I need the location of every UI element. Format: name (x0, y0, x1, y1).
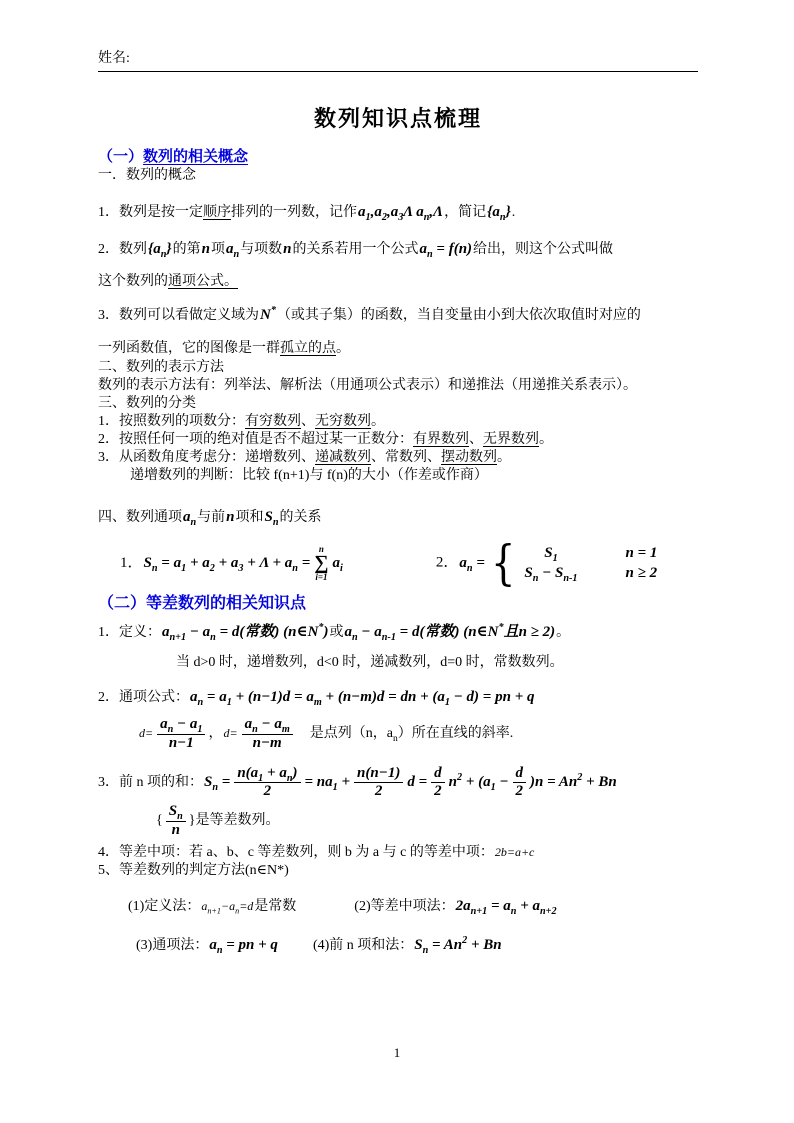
math-run: n (201, 241, 211, 257)
text-run: 项 (211, 242, 225, 257)
math-run: n2 + (a1 − (448, 774, 510, 790)
text-run: 。 (497, 450, 511, 465)
text-run: 1．数列是按一定 (98, 205, 203, 220)
fraction-numerator: n(a1 + an) (234, 765, 300, 783)
text-run: 与前 (197, 510, 225, 525)
text-run: 或 (330, 625, 344, 640)
fraction-numerator: an − a1 (157, 716, 205, 734)
fraction-denominator: n−1 (167, 735, 196, 752)
text-run: 3．从函数角度考虑分：递增数列、 (98, 450, 315, 465)
math-run: a1,a2,a3Λ an,Λ (357, 204, 444, 220)
text-run: (1)定义法： (128, 899, 200, 914)
text-run: 1． (120, 555, 143, 571)
fraction: n(n−1)2 (354, 765, 403, 801)
sub-heading-concept: 一．数列的概念 (98, 167, 698, 185)
fraction-numerator: d (431, 765, 445, 783)
cases-grid: S1n = 1Sn − Sn-1n ≥ 2 (524, 545, 657, 582)
underlined-text: 无界数列 (483, 432, 539, 447)
text-run: 2．数列 (98, 242, 147, 257)
underlined-text: 无穷数列 (315, 414, 371, 429)
underlined-text: 通项公式。 (168, 274, 238, 289)
fraction-numerator: an − am (242, 716, 293, 734)
para-function-view-line2: 一列函数值，它的图像是一群孤立的点。 (98, 339, 698, 359)
math-run: an = (458, 555, 485, 571)
math-run: {an} (147, 241, 173, 257)
piecewise-formula: 2．an ={S1n = 1Sn − Sn-1n ≥ 2 (436, 544, 658, 582)
text-run: 是常数 (254, 899, 296, 914)
text-run: 1．定义： (98, 625, 161, 640)
case-expression: Sn − Sn-1 (524, 565, 577, 582)
para-judge-row-2: (3)通项法：an = pn + q(4)前 n 项和法：Sn = An2 + … (98, 934, 698, 957)
text-run: 这个数列的 (98, 274, 168, 289)
text-run: 的第 (173, 242, 201, 257)
section-1-heading: （一）数列的相关概念 (98, 148, 698, 165)
text-run: 3．前 n 项的和： (98, 775, 203, 790)
math-run: ai (332, 555, 344, 571)
document-page: 姓名: 数列知识点梳理 （一）数列的相关概念 一．数列的概念 1．数列是按一定顺… (0, 0, 794, 1123)
heading-classification: 三、数列的分类 (98, 395, 698, 413)
sigma-lower-limit: i=1 (315, 573, 327, 582)
text-run: 。 (556, 625, 570, 640)
text-run: 给出，则这个公式叫做 (473, 242, 613, 257)
text-run: }是等差数列。 (189, 813, 280, 828)
sum-and-cases-row: 1．Sn = a1 + a2 + a3 + Λ + an =n∑i=1ai 2．… (98, 544, 698, 582)
underlined-text: 有穷数列 (245, 414, 301, 429)
text-run: 的关系 (280, 510, 322, 525)
math-run: {an} (486, 204, 512, 220)
math-run: N* (259, 307, 277, 323)
case-expression: S1 (524, 545, 577, 562)
para-class-by-monotonic: 3．从函数角度考虑分：递增数列、递减数列、常数列、摆动数列。 (98, 449, 698, 467)
para-representation: 数列的表示方法有：列举法、解析法（用通项公式表示）和递推法（用递推关系表示）。 (98, 377, 698, 395)
fraction-denominator: n (170, 822, 182, 839)
case-condition: n ≥ 2 (626, 565, 658, 582)
text-run: 的关系若用一个公式 (293, 242, 419, 257)
name-fill-in-line[interactable]: 姓名: (98, 50, 698, 72)
fraction: d2 (431, 765, 445, 801)
math-run: an+1 − an = d(常数) (n∈N*) (161, 624, 330, 640)
para-arith-definition: 1．定义：an+1 − an = d(常数) (n∈N*)或an − an-1 … (98, 621, 698, 644)
horizontal-gap (279, 948, 313, 949)
text-run: 3．数列可以看做定义域为 (98, 308, 259, 323)
text-run: 2．按照任何一项的绝对值是否不超过某一正数分： (98, 432, 413, 447)
piecewise-cases: {S1n = 1Sn − Sn-1n ≥ 2 (488, 544, 658, 582)
para-arith-sum: 3．前 n 项的和：Sn =n(a1 + an)2= na1 +n(n−1)2d… (98, 765, 698, 801)
math-run: )n = An2 + Bn (529, 774, 618, 790)
fraction: d2 (513, 765, 527, 801)
text-run: 。 (371, 414, 385, 429)
text-run: ，简记 (444, 205, 486, 220)
text-run: 是点列（n，an）所在直线的斜率. (296, 726, 513, 741)
fraction-denominator: 2 (262, 783, 274, 800)
math-small-run: an+1−an=d (200, 899, 254, 913)
fraction-denominator: n−m (251, 735, 284, 752)
name-label: 姓名: (98, 51, 130, 66)
math-run: = na1 + (304, 774, 352, 790)
para-arith-sn-note: {Snn}是等差数列。 (98, 803, 698, 839)
text-run: ， (208, 726, 222, 741)
fraction-denominator: 2 (514, 783, 526, 800)
fraction-denominator: 2 (373, 783, 385, 800)
math-run: Sn (264, 509, 280, 525)
fraction: Snn (166, 803, 186, 839)
para-class-by-terms: 1．按照数列的项数分：有穷数列、无穷数列。 (98, 413, 698, 431)
math-small-run: 2b=a+c (494, 845, 536, 859)
fraction-numerator: Sn (166, 803, 186, 821)
math-small-run: d= (222, 726, 238, 740)
math-run: Sn = a1 + a2 + a3 + Λ + an = (143, 555, 312, 571)
math-run: Sn = (203, 774, 231, 790)
heading-representation: 二、数列的表示方法 (98, 359, 698, 377)
text-run: 。 (539, 432, 553, 447)
text-run: 四、数列通项 (98, 510, 182, 525)
summation-sigma: n∑i=1 (314, 545, 328, 582)
text-run: (2)等差中项法： (354, 899, 454, 914)
text-run: 。 (336, 341, 350, 356)
text-run: 、 (469, 432, 483, 447)
case-condition: n = 1 (626, 545, 658, 562)
sum-formula: 1．Sn = a1 + a2 + a3 + Λ + an =n∑i=1ai (120, 545, 344, 582)
para-function-view-line1: 3．数列可以看做定义域为N*（或其子集）的函数，当自变量由小到大依次取值时对应的 (98, 305, 698, 326)
para-general-term-line2: 这个数列的通项公式。 (98, 272, 698, 292)
para-monotonic-judgement: 递增数列的判断：比较 f(n+1)与 f(n)的大小（作差或作商） (98, 467, 698, 485)
left-brace-icon: { (491, 544, 515, 582)
document-title: 数列知识点梳理 (98, 102, 698, 133)
math-small-run: d= (138, 726, 154, 740)
math-run: n (225, 509, 235, 525)
para-arith-general-term: 2．通项公式：an = a1 + (n−1)d = am + (n−m)d = … (98, 686, 698, 709)
math-run: d = (406, 774, 428, 790)
fraction-numerator: n(n−1) (354, 765, 403, 783)
text-run: 2． (436, 555, 459, 571)
math-run: an = a1 + (n−1)d = am + (n−m)d = dn + (a… (189, 689, 536, 705)
fraction-numerator: d (513, 765, 527, 783)
math-run: n (282, 241, 292, 257)
fraction-denominator: 2 (432, 783, 444, 800)
text-run: . (512, 205, 516, 220)
underlined-text: 孤立的点 (280, 341, 336, 356)
section-1-heading-text: 数列的相关概念 (143, 148, 248, 165)
page-number: 1 (0, 1045, 794, 1061)
text-run: 排列的一列数，记作 (231, 205, 357, 220)
para-judge-row-1: (1)定义法：an+1−an=d是常数(2)等差中项法：2an+1 = an +… (98, 895, 698, 918)
document-content: 姓名: 数列知识点梳理 （一）数列的相关概念 一．数列的概念 1．数列是按一定顺… (0, 0, 794, 957)
fraction: an − a1n−1 (157, 716, 205, 752)
para-arith-middle-term: 4．等差中项：若 a、b、c 等差数列，则 b 为 a 与 c 的等差中项：2b… (98, 843, 698, 862)
text-run: 与项数 (240, 242, 282, 257)
section-2-heading: （二）等差数列的相关知识点 (98, 595, 698, 612)
text-run: 一列函数值，它的图像是一群 (98, 341, 280, 356)
para-arith-slope: d=an − a1n−1，d=an − amn−m 是点列（n，an）所在直线的… (98, 716, 698, 752)
math-run: an (182, 509, 197, 525)
text-run: 2．通项公式： (98, 690, 189, 705)
math-run: an = f(n) (419, 241, 474, 257)
text-run: （或其子集）的函数，当自变量由小到大依次取值时对应的 (277, 308, 641, 323)
math-run: 2an+1 = an + an+2 (455, 898, 558, 914)
fraction: n(a1 + an)2 (234, 765, 300, 801)
heading-sn-relation: 四、数列通项an与前n项和Sn的关系 (98, 507, 698, 528)
para-sequence-definition: 1．数列是按一定顺序排列的一列数，记作a1,a2,a3Λ an,Λ，简记{an}… (98, 202, 698, 223)
text-run: 、 (301, 414, 315, 429)
math-run: Sn = An2 + Bn (413, 937, 502, 953)
text-run: (4)前 n 项和法： (313, 938, 413, 953)
para-arith-d-note: 当 d>0 时，递增数列，d<0 时，递减数列，d=0 时，常数数列。 (98, 654, 698, 672)
fraction: an − amn−m (242, 716, 293, 752)
sigma-symbol: ∑ (314, 554, 328, 573)
para-class-by-bound: 2．按照任何一项的绝对值是否不超过某一正数分：有界数列、无界数列。 (98, 431, 698, 449)
math-run: an (225, 241, 240, 257)
horizontal-gap (296, 909, 354, 910)
underlined-text: 递减数列 (315, 450, 371, 465)
underlined-text: 有界数列 (413, 432, 469, 447)
section-1-heading-prefix: （一） (98, 148, 143, 165)
text-run: 、常数列、 (371, 450, 441, 465)
text-run: 项和 (236, 510, 264, 525)
heading-arith-judge: 5、等差数列的判定方法(n∈N*) (98, 862, 698, 880)
text-run: 1．按照数列的项数分： (98, 414, 245, 429)
text-run: (3)通项法： (136, 938, 208, 953)
math-run: an = pn + q (208, 937, 279, 953)
underlined-text: 摆动数列 (441, 450, 497, 465)
text-run: 4．等差中项：若 a、b、c 等差数列，则 b 为 a 与 c 的等差中项： (98, 845, 494, 860)
math-run: an − an-1 = d(常数) (n∈N*且n ≥ 2) (344, 624, 557, 640)
underlined-text: 顺序 (203, 205, 231, 220)
para-general-term-line1: 2．数列{an}的第n项an与项数n的关系若用一个公式an = f(n)给出，则… (98, 239, 698, 260)
text-run: { (156, 813, 163, 828)
